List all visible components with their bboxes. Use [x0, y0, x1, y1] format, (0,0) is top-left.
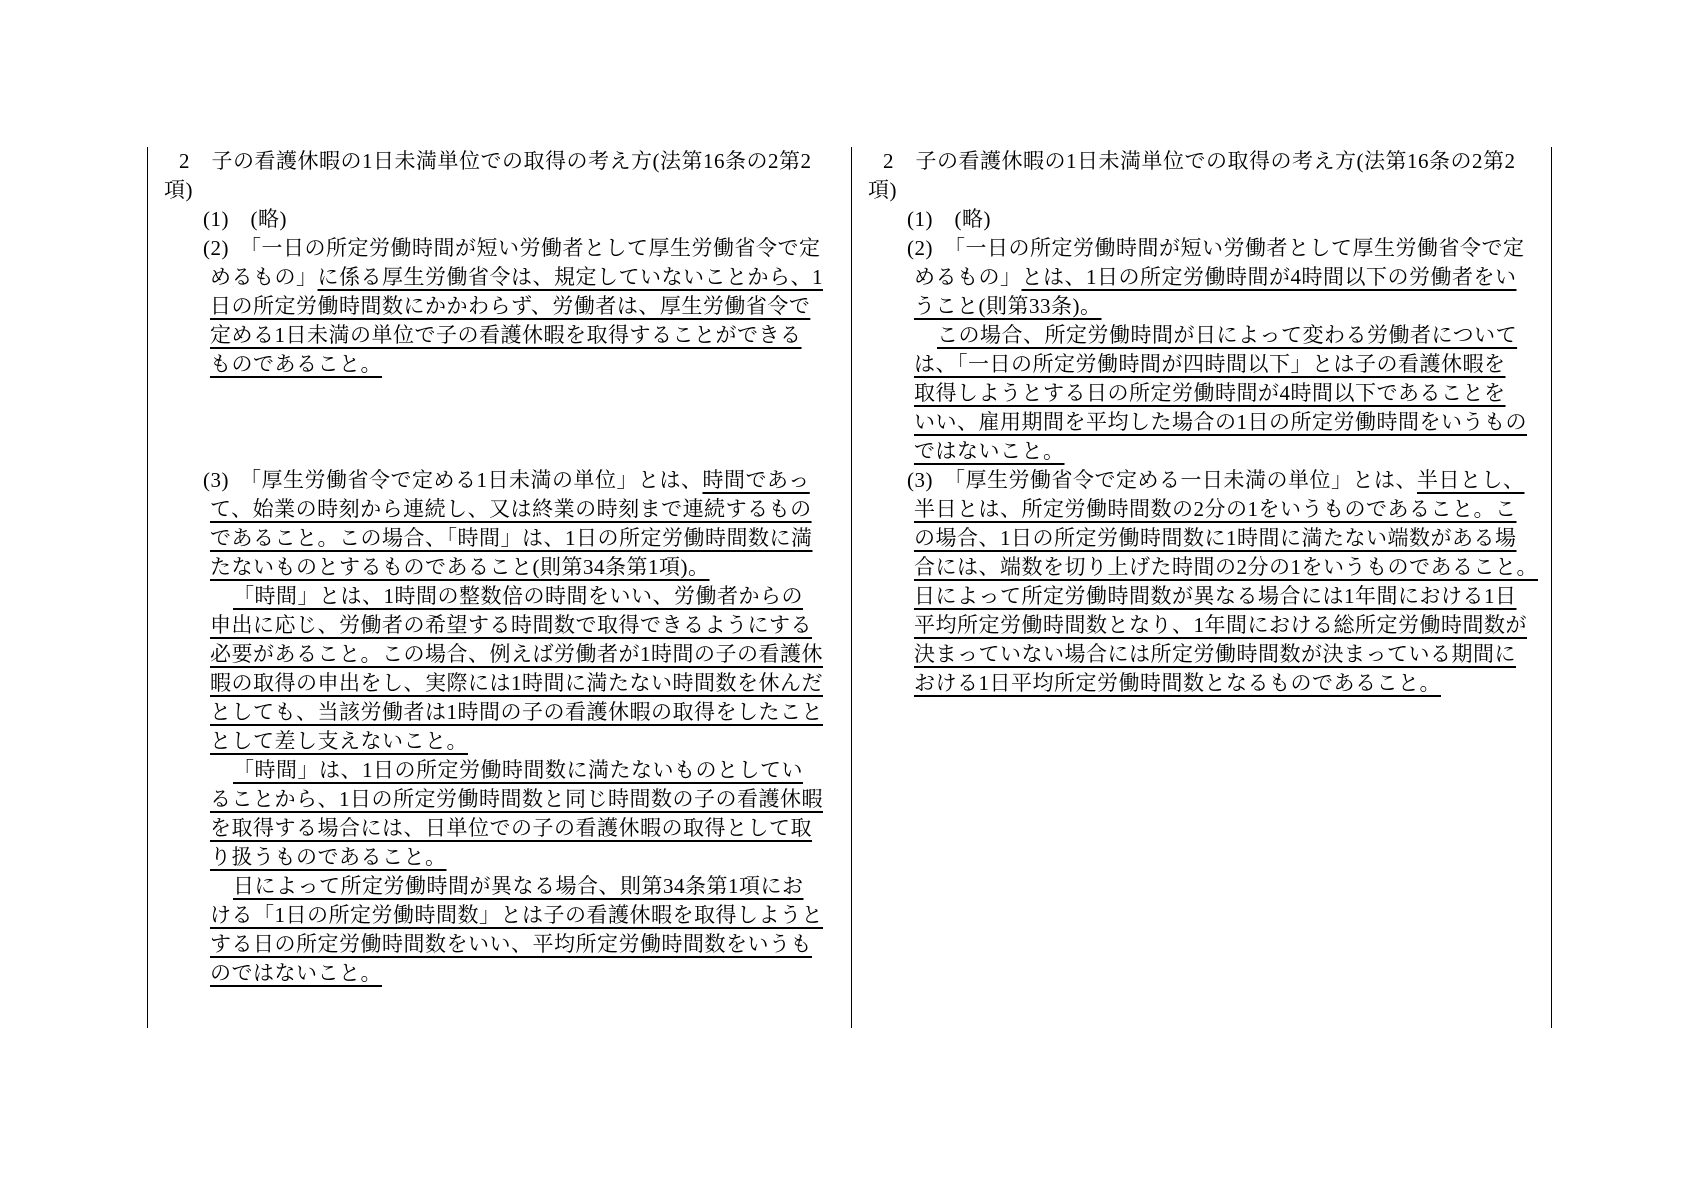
blank-line [148, 437, 851, 466]
text-line: いい、雇用期間を平均した場合の1日の所定労働時間をいうもの [852, 408, 1552, 437]
underlined-text: 合には、端数を切り上げた時間の2分の1をいうものであること。 [914, 555, 1538, 579]
underlined-text: 時間であっ [702, 468, 809, 492]
underlined-text: 半日とし、 [1417, 468, 1525, 492]
text-line: の場合、1日の所定労働時間数に1時間に満たない端数がある場 [852, 524, 1552, 553]
underlined-text: 申出に応じ、労働者の希望する時間数で取得できるようにする [210, 613, 812, 637]
plain-text: 2 子の看護休暇の1日未満単位での取得の考え方(法第16条の2第2 [883, 149, 1516, 173]
text-line: 定める1日未満の単位で子の看護休暇を取得することができる [148, 321, 851, 350]
text-line: ものであること。 [148, 350, 851, 379]
text-line: (3) 「厚生労働省令で定める一日未満の単位」とは、半日とし、 [852, 466, 1552, 495]
text-line: 日の所定労働時間数にかかわらず、労働者は、厚生労働省令で [148, 292, 851, 321]
underlined-text: この場合、所定労働時間が日によって変わる労働者について [937, 323, 1517, 347]
text-line: は、「一日の所定労働時間が四時間以下」とは子の看護休暇を [852, 350, 1552, 379]
underlined-text: であること。この場合、「時間」は、1日の所定労働時間数に満 [210, 526, 813, 550]
underlined-text: する日の所定労働時間数をいい、平均所定労働時間数をいうも [210, 932, 812, 956]
text-line: り扱うものであること。 [148, 843, 851, 872]
text-line: (1) (略) [148, 205, 851, 234]
underlined-text: 定める1日未満の単位で子の看護休暇を取得することができる [210, 323, 802, 347]
text-line: めるもの」に係る厚生労働省令は、規定していないことから、1 [148, 263, 851, 292]
document-page: 2 子の看護休暇の1日未満単位での取得の考え方(法第16条の2第2項)(1) (… [0, 0, 1695, 1181]
text-line: 半日とは、所定労働時間数の2分の1をいうものであること。こ [852, 495, 1552, 524]
underlined-text: おける1日平均所定労働時間数となるものであること。 [914, 671, 1441, 695]
underlined-text: 必要があること。この場合、例えば労働者が1時間の子の看護休 [210, 642, 823, 666]
underlined-text: ではないこと。 [914, 439, 1065, 463]
underlined-text: は、「一日の所定労働時間が四時間以下」とは子の看護休暇を [914, 352, 1506, 376]
text-line: 「時間」は、1日の所定労働時間数に満たないものとしてい [148, 756, 851, 785]
text-line: (2) 「一日の所定労働時間が短い労働者として厚生労働省令で定 [852, 234, 1552, 263]
underlined-text: 日の所定労働時間数にかかわらず、労働者は、厚生労働省令で [210, 294, 810, 318]
underlined-text: 日によって所定労働時間数が異なる場合には1年間における1日 [914, 584, 1517, 608]
underlined-text: 平均所定労働時間数となり、1年間における総所定労働時間数が [914, 613, 1527, 637]
underlined-text: とは、1日の所定労働時間が4時間以下の労働者をい [1022, 265, 1517, 289]
underlined-text: のではないこと。 [210, 961, 382, 985]
underlined-text: として差し支えないこと。 [210, 729, 468, 753]
plain-text: 2 子の看護休暇の1日未満単位での取得の考え方(法第16条の2第2 [179, 149, 812, 173]
text-line: 2 子の看護休暇の1日未満単位での取得の考え方(法第16条の2第2 [148, 147, 851, 176]
underlined-text: 日によって所定労働時間が異なる場合、則第34条第1項にお [233, 874, 804, 898]
underlined-text: 「時間」は、1日の所定労働時間数に満たないものとしてい [233, 758, 803, 782]
text-line: 2 子の看護休暇の1日未満単位での取得の考え方(法第16条の2第2 [852, 147, 1552, 176]
underlined-text: を取得する場合には、日単位での子の看護休暇の取得として取 [210, 816, 812, 840]
text-line: て、始業の時刻から連続し、又は終業の時刻まで連続するもの [148, 495, 851, 524]
text-line: たないものとするものであること(則第34条第1項)。 [148, 553, 851, 582]
text-line: めるもの」とは、1日の所定労働時間が4時間以下の労働者をい [852, 263, 1552, 292]
plain-text: 項) [868, 178, 897, 202]
comparison-column-right: 2 子の看護休暇の1日未満単位での取得の考え方(法第16条の2第2項)(1) (… [851, 147, 1552, 1028]
plain-text: (1) (略) [203, 207, 287, 231]
text-line: を取得する場合には、日単位での子の看護休暇の取得として取 [148, 814, 851, 843]
text-line: 取得しようとする日の所定労働時間が4時間以下であることを [852, 379, 1552, 408]
underlined-text: 取得しようとする日の所定労働時間が4時間以下であることを [914, 381, 1506, 405]
underlined-text: ることから、1日の所定労働時間数と同じ時間数の子の看護休暇 [210, 787, 823, 811]
text-line: ではないこと。 [852, 437, 1552, 466]
underlined-text: の場合、1日の所定労働時間数に1時間に満たない端数がある場 [914, 526, 1517, 550]
underlined-text: としても、当該労働者は1時間の子の看護休暇の取得をしたこと [210, 700, 823, 724]
underlined-text: て、始業の時刻から連続し、又は終業の時刻まで連続するもの [210, 497, 812, 521]
plain-text: (1) (略) [907, 207, 991, 231]
text-line: (3) 「厚生労働省令で定める1日未満の単位」とは、時間であっ [148, 466, 851, 495]
plain-text: (2) 「一日の所定労働時間が短い労働者として厚生労働省令で定 [203, 236, 820, 260]
text-line: (2) 「一日の所定労働時間が短い労働者として厚生労働省令で定 [148, 234, 851, 263]
plain-text: (3) 「厚生労働省令で定める1日未満の単位」とは、 [203, 468, 702, 492]
plain-text: (3) 「厚生労働省令で定める一日未満の単位」とは、 [907, 468, 1417, 492]
text-line: のではないこと。 [148, 959, 851, 988]
underlined-text: ものであること。 [210, 352, 382, 376]
underlined-text: 「時間」とは、1時間の整数倍の時間をいい、労働者からの [233, 584, 803, 608]
text-line: 申出に応じ、労働者の希望する時間数で取得できるようにする [148, 611, 851, 640]
text-line: (1) (略) [852, 205, 1552, 234]
text-line: 項) [852, 176, 1552, 205]
text-line: 必要があること。この場合、例えば労働者が1時間の子の看護休 [148, 640, 851, 669]
text-line: 決まっていない場合には所定労働時間数が決まっている期間に [852, 640, 1552, 669]
plain-text: 項) [164, 178, 193, 202]
text-line: この場合、所定労働時間が日によって変わる労働者について [852, 321, 1552, 350]
text-line: 日によって所定労働時間が異なる場合、則第34条第1項にお [148, 872, 851, 901]
text-line: 合には、端数を切り上げた時間の2分の1をいうものであること。 [852, 553, 1552, 582]
text-line: うこと(則第33条)。 [852, 292, 1552, 321]
text-line: であること。この場合、「時間」は、1日の所定労働時間数に満 [148, 524, 851, 553]
underlined-text: ける「1日の所定労働時間数」とは子の看護休暇を取得しようと [210, 903, 823, 927]
blank-line [148, 379, 851, 408]
text-line: おける1日平均所定労働時間数となるものであること。 [852, 669, 1552, 698]
text-line: ける「1日の所定労働時間数」とは子の看護休暇を取得しようと [148, 901, 851, 930]
text-line: する日の所定労働時間数をいい、平均所定労働時間数をいうも [148, 930, 851, 959]
text-line: として差し支えないこと。 [148, 727, 851, 756]
underlined-text: いい、雇用期間を平均した場合の1日の所定労働時間をいうもの [914, 410, 1527, 434]
underlined-text: 決まっていない場合には所定労働時間数が決まっている期間に [914, 642, 1516, 666]
underlined-text: り扱うものであること。 [210, 845, 447, 869]
underlined-text: 半日とは、所定労働時間数の2分の1をいうものであること。こ [914, 497, 1517, 521]
plain-text: めるもの」 [914, 265, 1022, 289]
underlined-text: 暇の取得の申出をし、実際には1時間に満たない時間数を休んだ [210, 671, 823, 695]
text-line: としても、当該労働者は1時間の子の看護休暇の取得をしたこと [148, 698, 851, 727]
underlined-text: に係る厚生労働省令は、規定していないことから、1 [318, 265, 824, 289]
text-line: 「時間」とは、1時間の整数倍の時間をいい、労働者からの [148, 582, 851, 611]
comparison-table: 2 子の看護休暇の1日未満単位での取得の考え方(法第16条の2第2項)(1) (… [147, 147, 1552, 1028]
plain-text: めるもの」 [210, 265, 318, 289]
blank-line [148, 408, 851, 437]
text-line: 暇の取得の申出をし、実際には1時間に満たない時間数を休んだ [148, 669, 851, 698]
plain-text: (2) 「一日の所定労働時間が短い労働者として厚生労働省令で定 [907, 236, 1524, 260]
text-line: 日によって所定労働時間数が異なる場合には1年間における1日 [852, 582, 1552, 611]
text-line: 項) [148, 176, 851, 205]
text-line: ることから、1日の所定労働時間数と同じ時間数の子の看護休暇 [148, 785, 851, 814]
underlined-text: うこと(則第33条)。 [914, 294, 1102, 318]
underlined-text: たないものとするものであること(則第34条第1項)。 [210, 555, 710, 579]
text-line: 平均所定労働時間数となり、1年間における総所定労働時間数が [852, 611, 1552, 640]
comparison-column-left: 2 子の看護休暇の1日未満単位での取得の考え方(法第16条の2第2項)(1) (… [148, 147, 851, 1028]
